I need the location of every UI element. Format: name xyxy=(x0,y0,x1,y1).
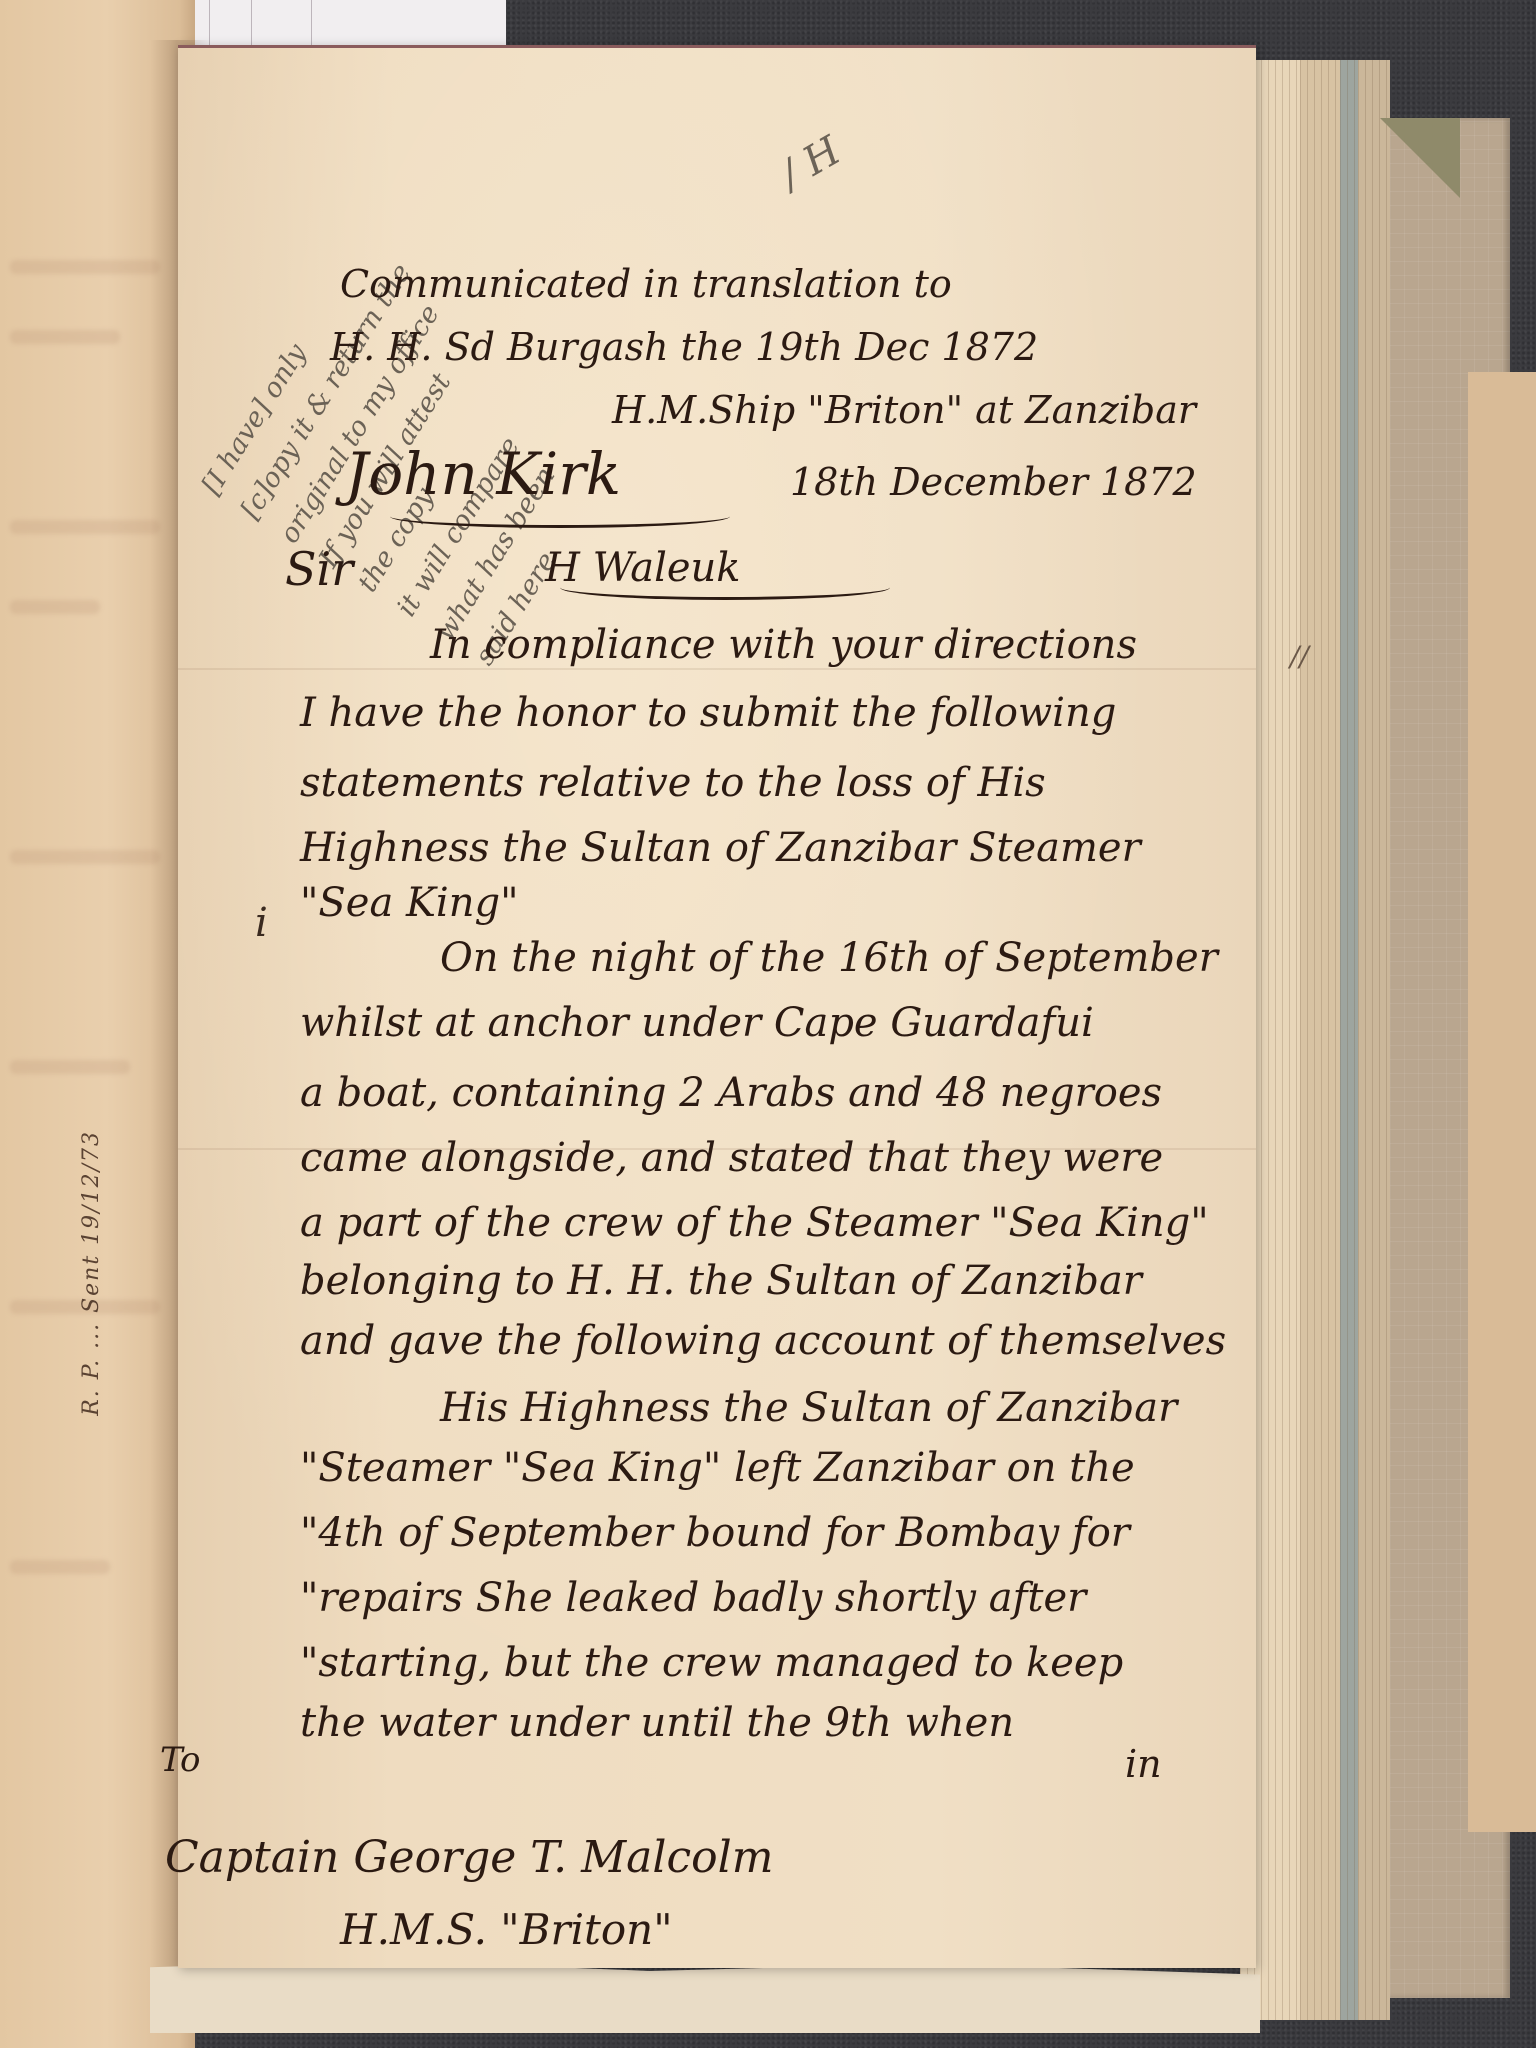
body-line: "Steamer "Sea King" left Zanzibar on the xyxy=(300,1445,1135,1491)
salutation: Sir xyxy=(285,542,353,596)
letter-date: 18th December 1872 xyxy=(790,460,1197,504)
margin-tick-mark: i xyxy=(255,900,268,946)
body-line: His Highness the Sultan of Zanzibar xyxy=(440,1385,1177,1431)
body-line: "4th of September bound for Bombay for xyxy=(300,1510,1130,1556)
header-note-line-1: Communicated in translation to xyxy=(340,262,952,306)
right-background-sheet xyxy=(1468,372,1536,1832)
signature-john-kirk: John Kirk xyxy=(345,440,621,508)
addressee-prefix: To xyxy=(160,1740,201,1780)
catchword: in xyxy=(1125,1742,1162,1786)
subscript-flourish xyxy=(560,575,890,600)
body-line: statements relative to the loss of His xyxy=(300,760,1046,806)
body-line: "starting, but the crew managed to keep xyxy=(300,1640,1123,1686)
header-note-line-2: H. H. Sd Burgash the 19th Dec 1872 xyxy=(330,325,1038,369)
addressee-ship: H.M.S. "Briton" xyxy=(340,1905,673,1954)
page-stack-edges xyxy=(1358,60,1390,2020)
addressee-name: Captain George T. Malcolm xyxy=(165,1832,773,1883)
edge-mark: // xyxy=(1290,640,1309,673)
body-line: and gave the following account of themse… xyxy=(300,1318,1226,1364)
body-line: a part of the crew of the Steamer "Sea K… xyxy=(300,1200,1209,1246)
page-stack-edges xyxy=(1300,60,1340,2020)
body-line: whilst at anchor under Cape Guardafui xyxy=(300,1000,1094,1046)
body-line: In compliance with your directions xyxy=(430,622,1137,668)
body-line: "Sea King" xyxy=(300,880,518,926)
body-line: "repairs She leaked badly shortly after xyxy=(300,1575,1086,1621)
left-page-margin-note: R. P. ... Sent 19/12/73 xyxy=(75,1130,109,1416)
torn-bottom-edge xyxy=(150,1960,1260,2033)
body-line: a boat, containing 2 Arabs and 48 negroe… xyxy=(300,1070,1162,1116)
body-line: the water under until the 9th when xyxy=(300,1700,1014,1746)
body-line: I have the honor to submit the following xyxy=(300,690,1116,736)
body-line: belonging to H. H. the Sultan of Zanziba… xyxy=(300,1258,1142,1304)
signature-underline xyxy=(390,505,730,528)
body-line: On the night of the 16th of September xyxy=(440,935,1218,981)
body-line: Highness the Sultan of Zanzibar Steamer xyxy=(300,825,1141,871)
page-stack-edges xyxy=(1340,60,1358,2020)
ship-address: H.M.Ship "Briton" at Zanzibar xyxy=(612,388,1196,432)
body-line: came alongside, and stated that they wer… xyxy=(300,1135,1163,1181)
